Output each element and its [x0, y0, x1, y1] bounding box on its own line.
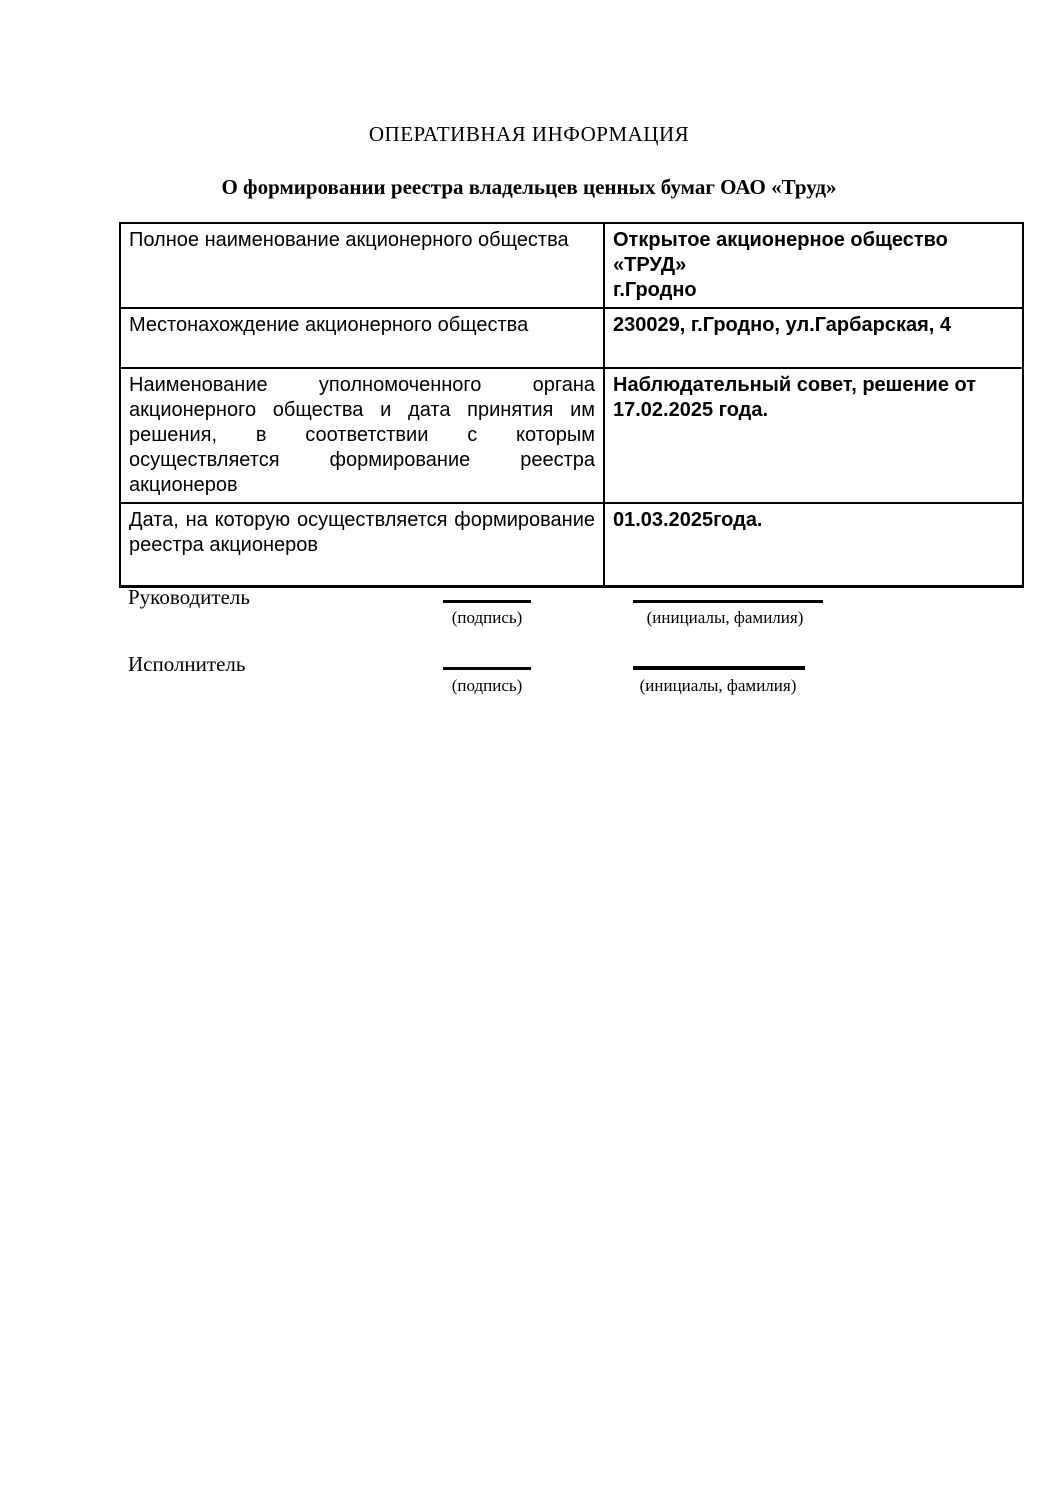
- page-subtitle: О формировании реестра владельцев ценных…: [0, 175, 1058, 200]
- name-line: [633, 666, 805, 670]
- signature-caption: (подпись): [431, 676, 543, 696]
- table-row: Местонахождение акционерного общества 23…: [120, 308, 1023, 368]
- table-row-value: 230029, г.Гродно, ул.Гарбарская, 4: [604, 308, 1023, 368]
- name-line: [633, 600, 823, 603]
- name-caption: (инициалы, фамилия): [618, 676, 818, 696]
- table-row: Дата, на которую осуществляется формиров…: [120, 503, 1023, 587]
- table-row: Наименование уполномоченного органа акци…: [120, 368, 1023, 503]
- table-row-label: Дата, на которую осуществляется формиров…: [120, 503, 604, 587]
- signature-role-manager: Руководитель: [128, 585, 250, 610]
- table-row: Полное наименование акционерного обществ…: [120, 223, 1023, 308]
- table-row-value: Открытое акционерное общество «ТРУД» г.Г…: [604, 223, 1023, 308]
- signature-line: [443, 667, 531, 670]
- info-table: Полное наименование акционерного обществ…: [119, 222, 1024, 588]
- signature-caption: (подпись): [431, 608, 543, 628]
- document-page: ОПЕРАТИВНАЯ ИНФОРМАЦИЯ О формировании ре…: [0, 0, 1058, 1497]
- signature-line: [443, 600, 531, 603]
- signature-role-executor: Исполнитель: [128, 652, 245, 677]
- page-title: ОПЕРАТИВНАЯ ИНФОРМАЦИЯ: [0, 122, 1058, 147]
- table-row-label: Наименование уполномоченного органа акци…: [120, 368, 604, 503]
- table-row-label: Местонахождение акционерного общества: [120, 308, 604, 368]
- name-caption: (инициалы, фамилия): [618, 608, 832, 628]
- table-row-value: 01.03.2025года.: [604, 503, 1023, 587]
- table-row-value: Наблюдательный совет, решение от 17.02.2…: [604, 368, 1023, 503]
- table-row-label: Полное наименование акционерного обществ…: [120, 223, 604, 308]
